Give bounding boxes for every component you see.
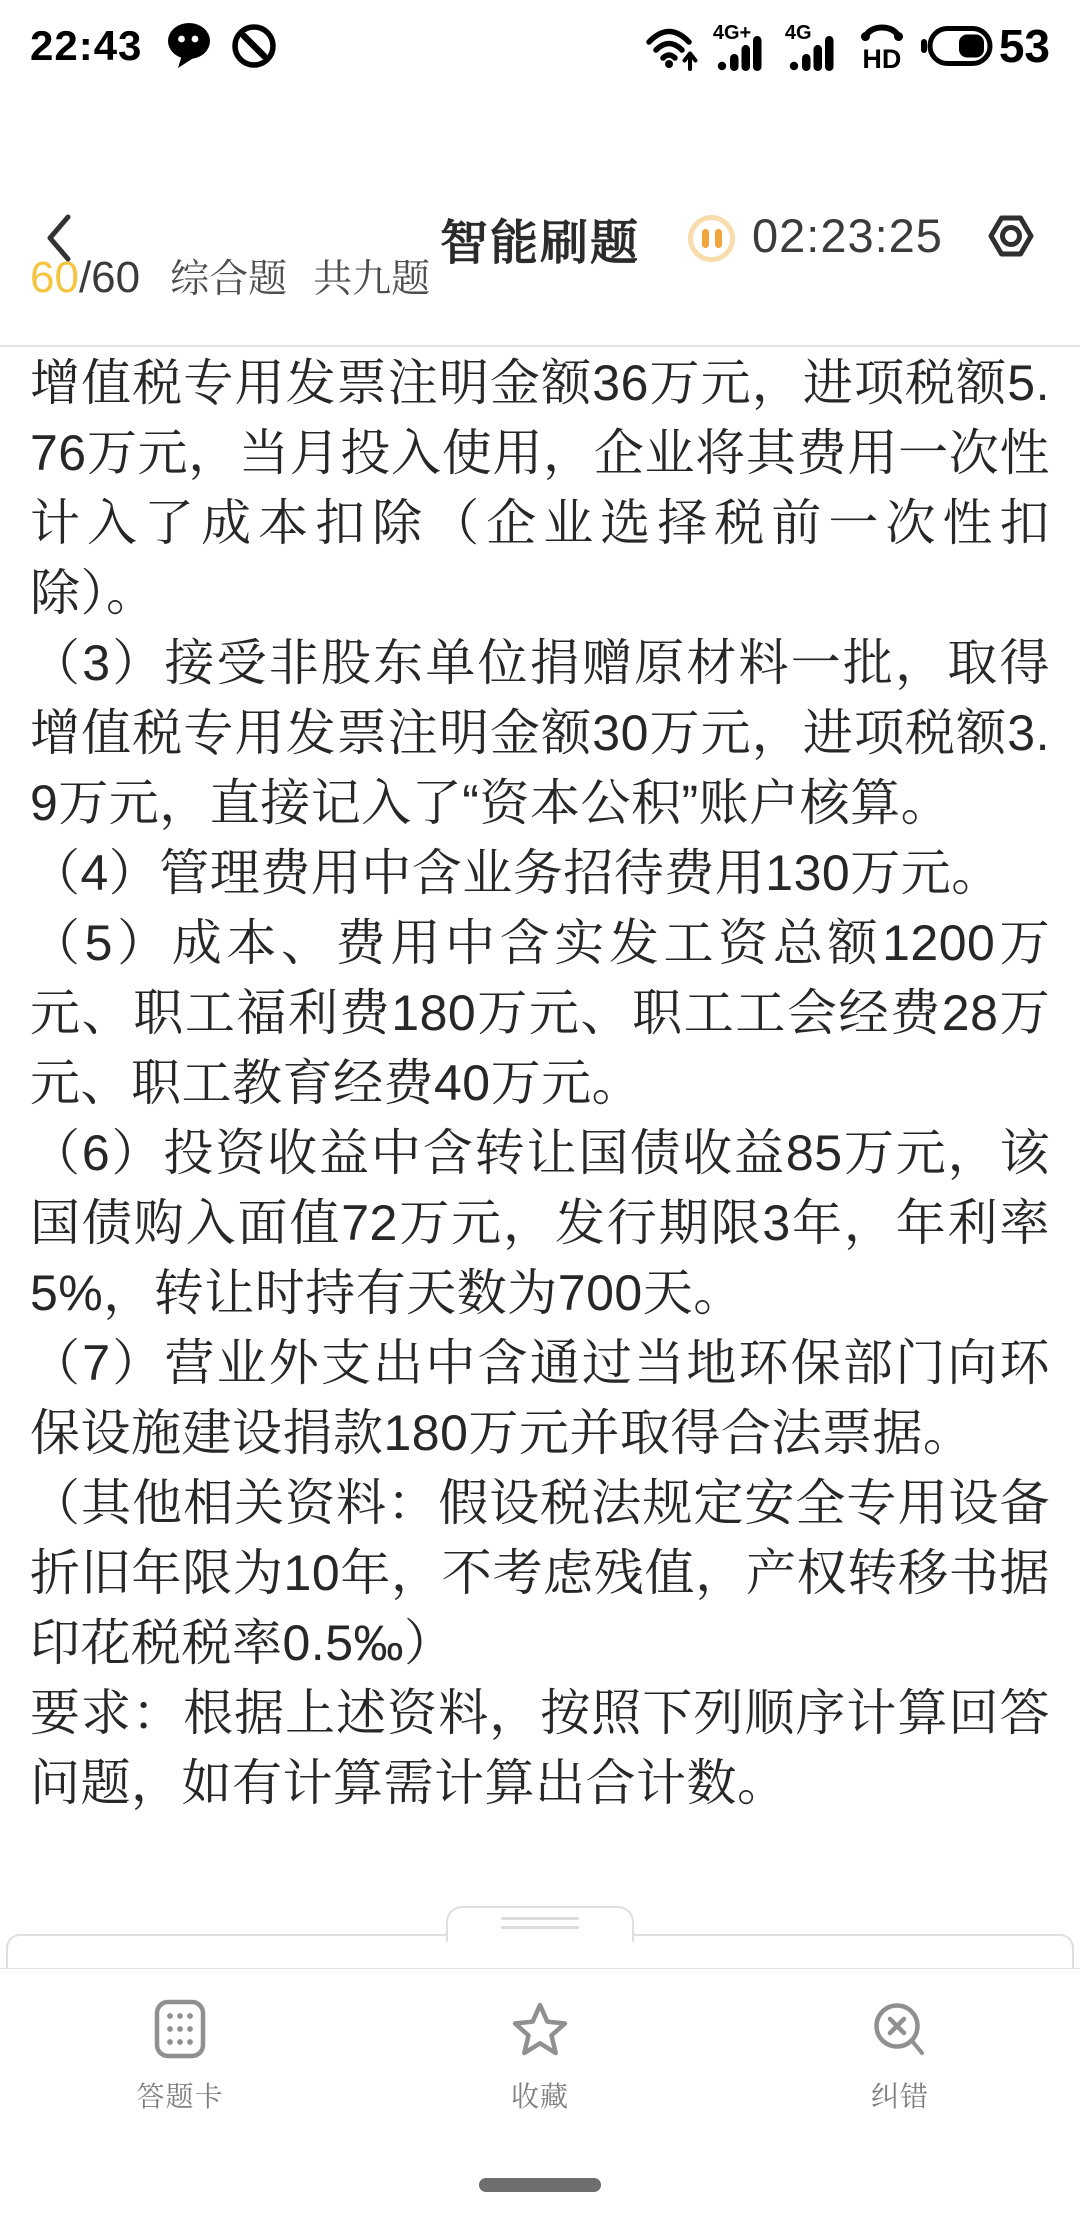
progress-total: /60 [79,253,140,303]
toolbar-item-label: 答题卡 [136,2075,223,2115]
signal-bars-4g-icon: 4G [785,23,843,73]
error-correction-icon [871,1999,929,2059]
question-paragraph: （3）接受非股东单位捐赠原材料一批，取得增值税专用发票注明金额30万元，进项税额… [30,628,1050,838]
progress-row: 60 /60 综合题 共九题 [30,248,1050,308]
question-paragraph: 增值税专用发票注明金额36万元，进项税额5.76万元，当月投入使用，企业将其费用… [30,348,1050,628]
battery-icon: 53 [921,19,1050,73]
error-correction-button[interactable]: 纠错 [720,1969,1080,2115]
do-not-disturb-icon [230,22,278,70]
status-time: 22:43 [30,22,142,70]
question-paragraph: （5）成本、费用中含实发工资总额1200万元、职工福利费180万元、职工工会经费… [30,908,1050,1118]
drag-handle-line [501,1917,579,1920]
wifi-icon [645,23,699,73]
question-paragraph: （4）管理费用中含业务招待费用130万元。 [30,838,1050,908]
question-count-label: 共九题 [313,248,430,304]
status-bar: 22:43 [0,0,1080,92]
battery-percent: 53 [999,19,1050,73]
drag-handle-line [501,1926,579,1929]
hd-label: HD [857,46,907,73]
star-icon [511,1999,569,2059]
question-paragraph: （6）投资收益中含转让国债收益85万元，该国债购入面值72万元，发行期限3年，年… [30,1118,1050,1328]
drawer-drag-handle[interactable] [446,1906,634,1942]
signal-bars-4gplus-icon: 4G+ [713,23,771,73]
volte-hd-icon: HD [857,21,907,73]
answer-card-button[interactable]: 答题卡 [0,1969,360,2115]
question-paragraph: 要求：根据上述资料，按照下列顺序计算回答问题，如有计算需计算出合计数。 [30,1678,1050,1818]
question-content[interactable]: 增值税专用发票注明金额36万元，进项税额5.76万元，当月投入使用，企业将其费用… [0,347,1080,1934]
toolbar-item-label: 纠错 [871,2075,929,2115]
favorite-button[interactable]: 收藏 [360,1969,720,2115]
progress-current: 60 [30,253,79,303]
nav-bar: 智能刷题 02:23:25 [0,92,1080,217]
question-paragraph: （7）营业外支出中含通过当地环保部门向环保设施建设捐款180万元并取得合法票据。 [30,1328,1050,1468]
toolbar-item-label: 收藏 [511,2075,569,2115]
question-type-label: 综合题 [170,248,287,304]
question-paragraph: （其他相关资料：假设税法规定安全专用设备折旧年限为10年，不考虑残值，产权转移书… [30,1468,1050,1678]
answer-card-icon [153,1999,207,2059]
bottom-toolbar: 答题卡 收藏 纠错 [0,1968,1080,2232]
wechat-icon [164,21,214,71]
home-indicator[interactable] [479,2178,601,2192]
